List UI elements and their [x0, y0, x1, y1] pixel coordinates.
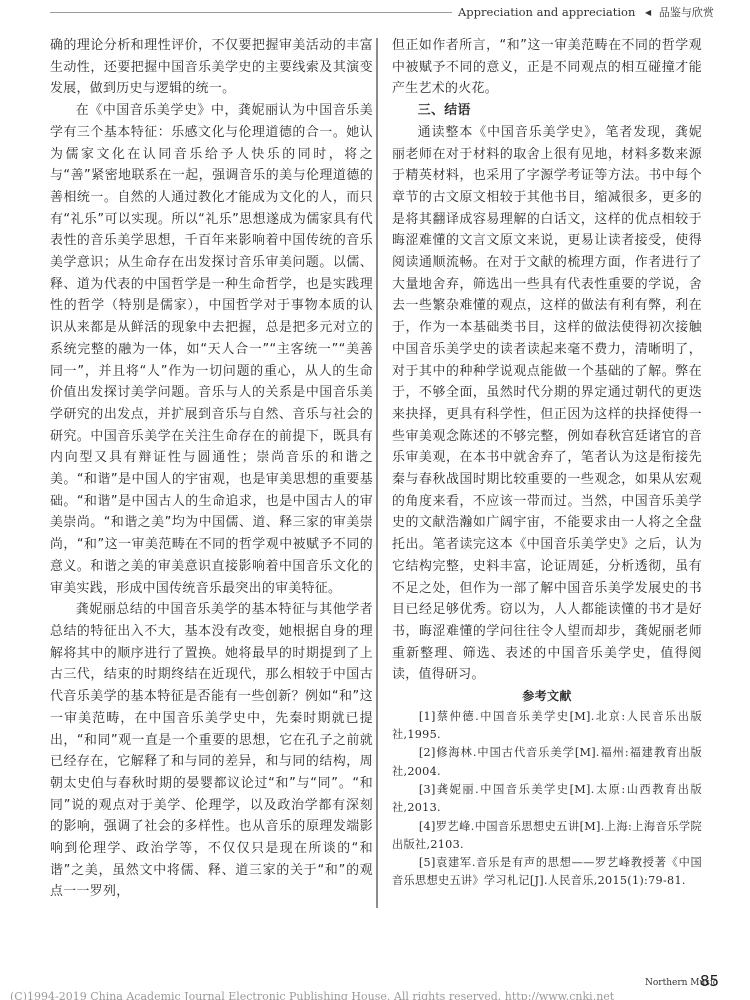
body-paragraph: 龚妮丽总结的中国音乐美学的基本特征与其他学者总结的特征出入不大，基本没有改变，她… — [50, 599, 373, 903]
reference-item: [1]蔡仲德.中国音乐美学史[M].北京:人民音乐出版社,1995. — [392, 708, 702, 745]
body-paragraph: 在《中国音乐美学史》中，龚妮丽认为中国音乐美学有三个基本特征：乐感文化与伦理道德… — [50, 100, 373, 599]
reference-item: [5]袁建军.音乐是有声的思想——罗艺峰教授著《中国音乐思想史五讲》学习札记[J… — [392, 854, 702, 891]
right-column: 但正如作者所言，“和”这一审美范畴在不同的哲学观中被赋予不同的意义，正是不同观点… — [392, 35, 702, 891]
page-number: 85 — [700, 972, 719, 990]
header-rule — [50, 12, 452, 13]
references-title: 参考文献 — [392, 686, 702, 708]
body-paragraph: 但正如作者所言，“和”这一审美范畴在不同的哲学观中被赋予不同的意义，正是不同观点… — [392, 35, 702, 100]
body-paragraph: 通读整本《中国音乐美学史》，笔者发现，龚妮丽老师在对于材料的取舍上很有见地，材料… — [392, 122, 702, 686]
section-heading: 三、结语 — [392, 100, 702, 122]
reference-item: [4]罗艺峰.中国音乐思想史五讲[M].上海:上海音乐学院出版社,2103. — [392, 818, 702, 855]
column-title-cn: 品鉴与欣赏 — [659, 6, 714, 19]
left-column: 确的理论分析和理性评价，不仅要把握审美活动的丰富生动性，还要把握中国音乐美学史的… — [50, 35, 373, 903]
reference-item: [3]龚妮丽.中国音乐美学史[M].太原:山西教育出版社,2013. — [392, 781, 702, 818]
reference-item: [2]修海林.中国古代音乐美学[M].福州:福建教育出版社,2004. — [392, 744, 702, 781]
column-title-en: Appreciation and appreciation — [458, 5, 635, 19]
body-paragraph: 确的理论分析和理性评价，不仅要把握审美活动的丰富生动性，还要把握中国音乐美学史的… — [50, 35, 373, 100]
left-arrow-icon: ◀ — [645, 8, 651, 17]
copyright-notice: (C)1994-2019 China Academic Journal Elec… — [10, 990, 614, 1000]
column-divider — [376, 38, 378, 908]
running-header: Appreciation and appreciation ◀ 品鉴与欣赏 — [458, 3, 714, 21]
